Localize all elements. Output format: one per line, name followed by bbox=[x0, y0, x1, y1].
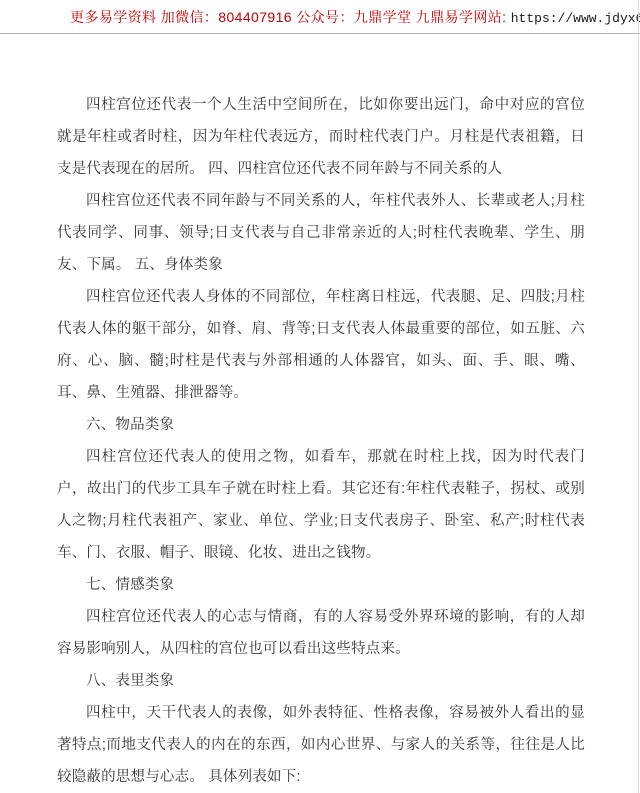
paragraph: 八、表里类象 bbox=[57, 665, 585, 697]
paragraph: 四柱中，天干代表人的表像，如外表特征、性格表像，容易被外人看出的显著特点;而地支… bbox=[57, 697, 585, 793]
document-body: 四柱宫位还代表一个人生活中空间所在，比如你要出远门，命中对应的宫位就是年柱或者时… bbox=[57, 89, 585, 793]
header-divider-rule bbox=[0, 33, 640, 34]
header-promo-text: 更多易学资料 加微信：804407916 公众号：九鼎学堂 九鼎易学网站: bbox=[70, 9, 506, 25]
paragraph: 四柱宫位还代表不同年龄与不同关系的人，年柱代表外人、长辈或老人;月柱代表同学、同… bbox=[57, 185, 585, 281]
paragraph: 四柱宫位还代表人的心志与情商，有的人容易受外界环境的影响，有的人却容易影响别人，… bbox=[57, 601, 585, 665]
paragraph: 七、情感类象 bbox=[57, 569, 585, 601]
paragraph: 四柱宫位还代表人的使用之物，如看车，那就在时柱上找，因为时代表门户，故出门的代步… bbox=[57, 441, 585, 569]
page-right-border bbox=[638, 0, 639, 793]
paragraph: 六、物品类象 bbox=[57, 409, 585, 441]
document-page: 更多易学资料 加微信：804407916 公众号：九鼎学堂 九鼎易学网站: ht… bbox=[0, 0, 640, 793]
header-url-text: https://www.jdyx6.com/ bbox=[511, 11, 640, 26]
paragraph: 四柱宫位还代表一个人生活中空间所在，比如你要出远门，命中对应的宫位就是年柱或者时… bbox=[57, 89, 585, 185]
header-promo: 更多易学资料 加微信：804407916 公众号：九鼎学堂 九鼎易学网站: ht… bbox=[70, 7, 610, 29]
paragraph: 四柱宫位还代表人身体的不同部位，年柱离日柱远，代表腿、足、四肢;月柱代表人体的躯… bbox=[57, 281, 585, 409]
